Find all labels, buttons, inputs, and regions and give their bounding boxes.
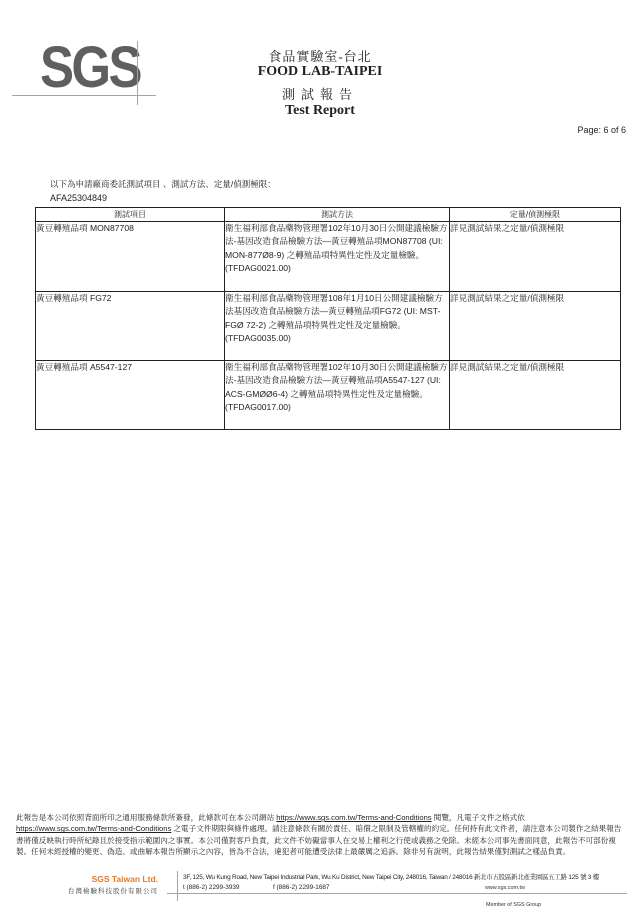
logo-horizontal-line xyxy=(12,95,156,96)
lab-title-en: FOOD LAB-TAIPEI xyxy=(200,64,440,80)
header-test-item: 測試項目 xyxy=(36,208,225,222)
legal-disclaimer: 此報告是本公司依照背面所印之通用服務條款所簽發，此條款可在本公司網站 https… xyxy=(16,812,628,857)
report-id: AFA25304849 xyxy=(50,193,107,203)
test-item-cell: 黃豆轉殖品項 MON87708 xyxy=(36,222,225,292)
sgs-logo: SGS xyxy=(40,38,140,98)
sgs-group-member: Member of SGS Group xyxy=(486,902,541,908)
company-fax: f (886-2) 2299-1687 xyxy=(273,884,330,891)
table-header-row: 測試項目 測試方法 定量/偵測極限 xyxy=(36,208,621,222)
disclaimer-text: 閱覽，凡電子文件之格式依 xyxy=(432,813,525,822)
table-row: 黃豆轉殖品項 FG72 衛生福利部食品藥物管理署108年1月10日公開建議檢驗方… xyxy=(36,292,621,361)
lab-title-zh: 食品實驗室-台北 xyxy=(200,46,440,65)
intro-text: 以下為申請廠商委託測試項目 、測試方法、定量/偵測極限： xyxy=(50,178,276,190)
header-limit: 定量/偵測極限 xyxy=(450,208,621,222)
footer-vertical-line xyxy=(177,871,178,901)
test-method-cell: 衛生福利部食品藥物管理署102年10月30日公開建議檢驗方法-基因改造食品檢驗方… xyxy=(225,361,450,430)
logo-vertical-line xyxy=(137,41,138,105)
company-address: 3F, 125, Wu Kung Road, New Taipei Indust… xyxy=(183,872,599,881)
limit-cell: 詳見測試結果之定量/偵測極限 xyxy=(450,361,621,430)
table-row: 黃豆轉殖品項 MON87708 衛生福利部食品藥物管理署102年10月30日公開… xyxy=(36,222,621,292)
report-title-en: Test Report xyxy=(200,103,440,119)
test-method-cell: 衛生福利部食品藥物管理署108年1月10日公開建議檢驗方法基因改造食品檢驗方法—… xyxy=(225,292,450,361)
disclaimer-text: 此報告是本公司依照背面所印之通用服務條款所簽發，此條款可在本公司網站 xyxy=(16,813,276,822)
test-methods-table: 測試項目 測試方法 定量/偵測極限 黃豆轉殖品項 MON87708 衛生福利部食… xyxy=(35,207,621,430)
terms-link[interactable]: https://www.sgs.com.tw/Terms-and-Conditi… xyxy=(276,813,431,822)
company-name-en: SGS Taiwan Ltd. xyxy=(88,874,158,884)
footer-horizontal-line xyxy=(167,893,627,894)
company-website: www.sgs.com.tw xyxy=(485,885,525,891)
report-title-zh: 測試報告 xyxy=(200,84,440,103)
company-name-zh: 台灣檢驗科技股份有限公司 xyxy=(50,886,158,895)
company-phone: t (886-2) 2299-3939 xyxy=(183,884,240,891)
test-item-cell: 黃豆轉殖品項 FG72 xyxy=(36,292,225,361)
header-test-method: 測試方法 xyxy=(225,208,450,222)
limit-cell: 詳見測試結果之定量/偵測極限 xyxy=(450,292,621,361)
test-item-cell: 黃豆轉殖品項 A5547-127 xyxy=(36,361,225,430)
terms-link[interactable]: https://www.sgs.com.tw/Terms-and-Conditi… xyxy=(16,824,171,833)
limit-cell: 詳見測試結果之定量/偵測極限 xyxy=(450,222,621,292)
table-row: 黃豆轉殖品項 A5547-127 衛生福利部食品藥物管理署102年10月30日公… xyxy=(36,361,621,430)
test-method-cell: 衛生福利部食品藥物管理署102年10月30日公開建議檢驗方法-基因改造食品檢驗方… xyxy=(225,222,450,292)
page-number: Page: 6 of 6 xyxy=(577,125,626,135)
